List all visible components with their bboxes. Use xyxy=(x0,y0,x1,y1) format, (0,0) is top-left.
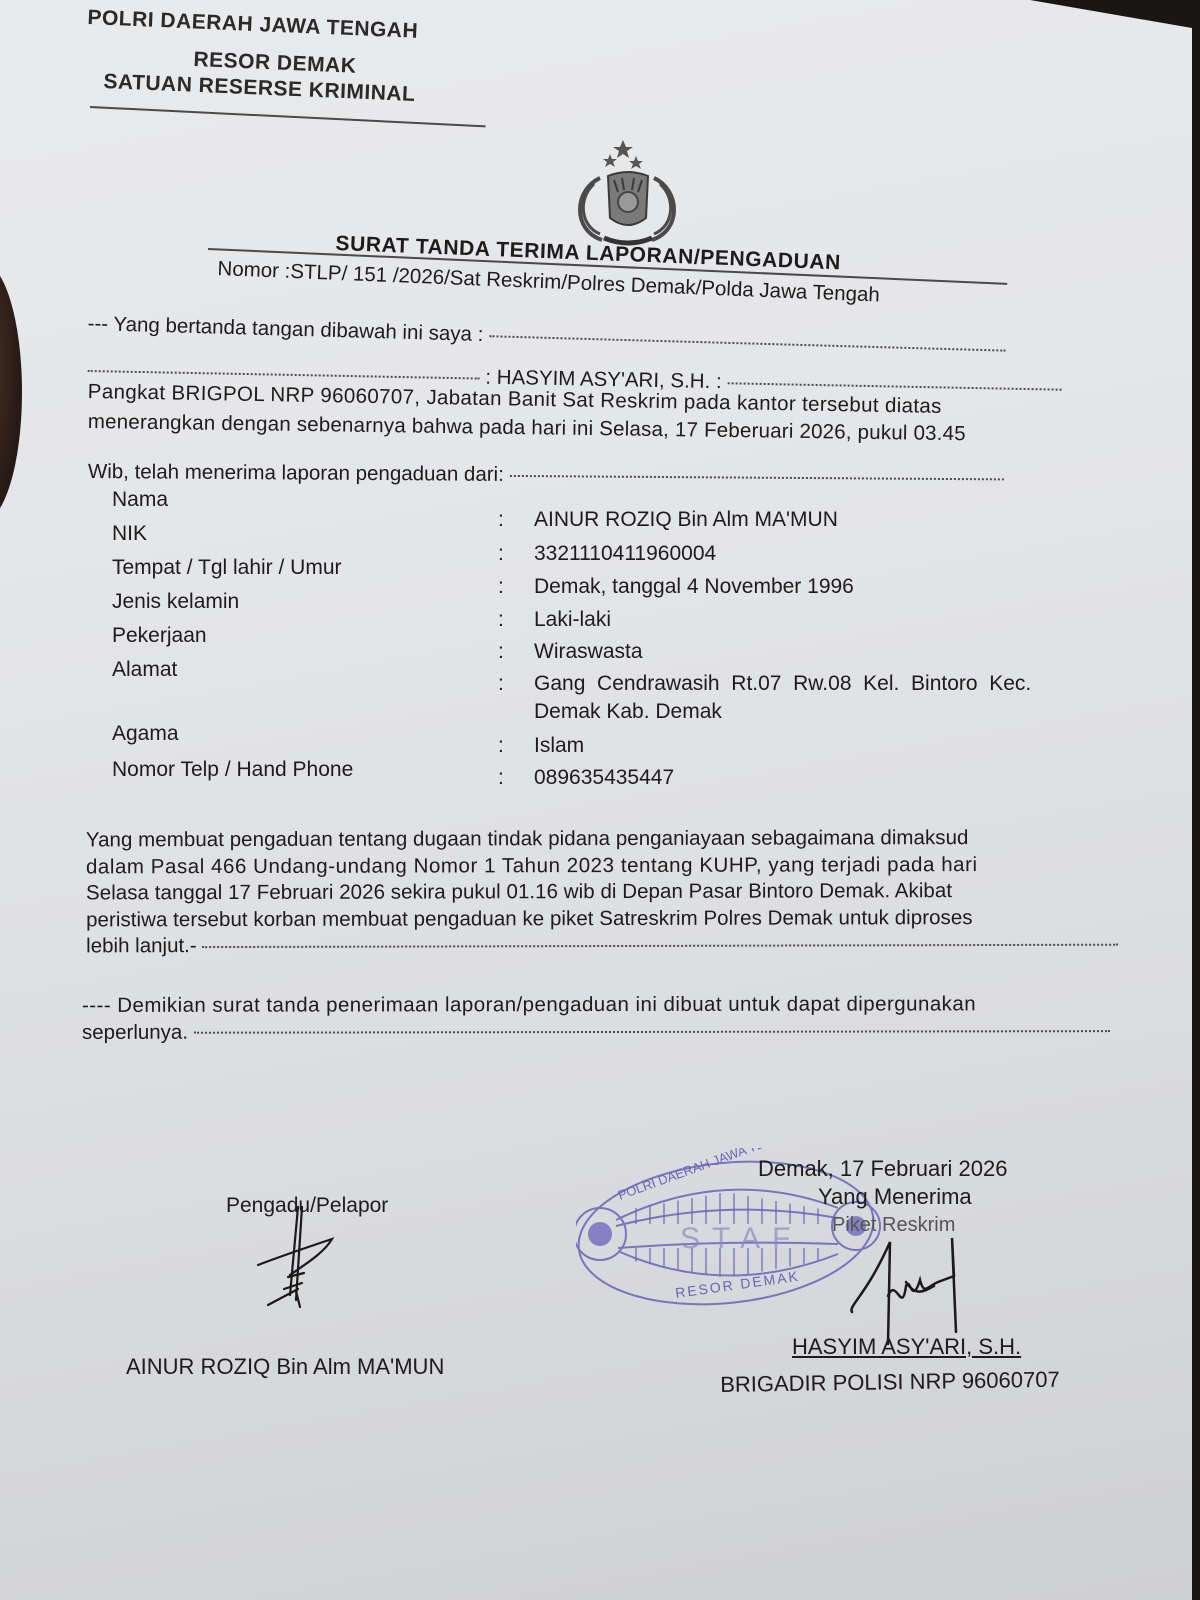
field-colon: : xyxy=(498,734,504,758)
receiver-role-1: Yang Menerima xyxy=(818,1184,972,1210)
complaint-line-5-text: lebih lanjut.- xyxy=(86,934,197,957)
place-date: Demak, 17 Februari 2026 xyxy=(758,1156,1007,1182)
document-page: POLRI DAERAH JAWA TENGAH RESOR DEMAK SAT… xyxy=(0,0,1192,1600)
intro-line-1: --- Yang bertanda tangan dibawah ini say… xyxy=(87,312,1005,362)
field-label: Agama xyxy=(112,722,179,746)
field-value: AINUR ROZIQ Bin Alm MA'MUN xyxy=(534,508,838,532)
dash-fill xyxy=(202,943,1118,947)
dash-fill xyxy=(88,370,480,380)
complaint-line-3: Selasa tanggal 17 Februari 2026 sekira p… xyxy=(86,878,1144,907)
field-value: Gang Cendrawasih Rt.07 Rw.08 Kel. Bintor… xyxy=(534,672,1031,696)
field-value-continued: Demak Kab. Demak xyxy=(534,700,722,724)
field-colon: : xyxy=(498,766,504,790)
field-value: 3321110411960004 xyxy=(534,542,716,566)
closing-line-2-text: seperlunya. xyxy=(82,1020,188,1043)
field-label: Nomor Telp / Hand Phone xyxy=(112,758,353,782)
field-colon: : xyxy=(498,672,504,696)
field-label: Pekerjaan xyxy=(112,624,207,648)
dash-fill xyxy=(727,382,1061,390)
field-value: Wiraswasta xyxy=(534,640,643,664)
complaint-line-1: Yang membuat pengaduan tentang dugaan ti… xyxy=(86,825,1144,854)
header-underline xyxy=(90,106,486,127)
field-colon: : xyxy=(498,508,504,532)
field-value: Laki-laki xyxy=(534,608,611,632)
polri-emblem-icon xyxy=(568,138,688,248)
field-colon: : xyxy=(498,542,504,566)
reporter-name: AINUR ROZIQ Bin Alm MA'MUN xyxy=(126,1354,444,1380)
field-value: 089635435447 xyxy=(534,766,674,790)
field-colon: : xyxy=(498,640,504,664)
field-label: Alamat xyxy=(112,658,177,682)
complaint-line-5: lebih lanjut.- xyxy=(86,931,1144,960)
intro-line-1-text: --- Yang bertanda tangan dibawah ini say… xyxy=(87,312,483,346)
header-line-3: SATUAN RESERSE KRIMINAL xyxy=(103,70,416,107)
dash-fill xyxy=(194,1030,1110,1034)
closing-paragraph: ---- Demikian surat tanda penerimaan lap… xyxy=(82,991,1142,1046)
dash-fill xyxy=(510,475,1004,480)
complaint-line-4: peristiwa tersebut korban membuat pengad… xyxy=(86,904,1144,933)
field-label: NIK xyxy=(112,522,147,546)
header-line-1: POLRI DAERAH JAWA TENGAH xyxy=(87,6,419,44)
closing-line-2: seperlunya. xyxy=(82,1018,1142,1046)
closing-line-1: ---- Demikian surat tanda penerimaan lap… xyxy=(82,991,1142,1019)
field-value: Demak, tanggal 4 November 1996 xyxy=(534,575,854,599)
receiver-rank: BRIGADIR POLISI NRP 96060707 xyxy=(720,1367,1060,1398)
field-colon: : xyxy=(498,575,504,599)
receiver-role-2: Piket Reskrim xyxy=(832,1214,955,1237)
field-colon: : xyxy=(498,608,504,632)
field-label: Tempat / Tgl lahir / Umur xyxy=(112,556,342,580)
field-label: Jenis kelamin xyxy=(112,590,239,614)
field-value: Islam xyxy=(534,734,584,758)
intro-line-5: Wib, telah menerima laporan pengaduan da… xyxy=(88,460,1004,490)
receiver-name: HASYIM ASY'ARI, S.H. xyxy=(792,1334,1021,1360)
stamp-center-text: STAF xyxy=(680,1222,802,1255)
complaint-paragraph: Yang membuat pengaduan tentang dugaan ti… xyxy=(86,825,1144,960)
officer-signature-icon xyxy=(846,1236,986,1346)
intro-line-5-text: Wib, telah menerima laporan pengaduan da… xyxy=(88,460,504,486)
dash-fill xyxy=(489,335,1005,351)
complaint-line-2: dalam Pasal 466 Undang-undang Nomor 1 Ta… xyxy=(86,851,1144,880)
reporter-signature-icon xyxy=(254,1205,354,1315)
field-label: Nama xyxy=(112,488,168,512)
